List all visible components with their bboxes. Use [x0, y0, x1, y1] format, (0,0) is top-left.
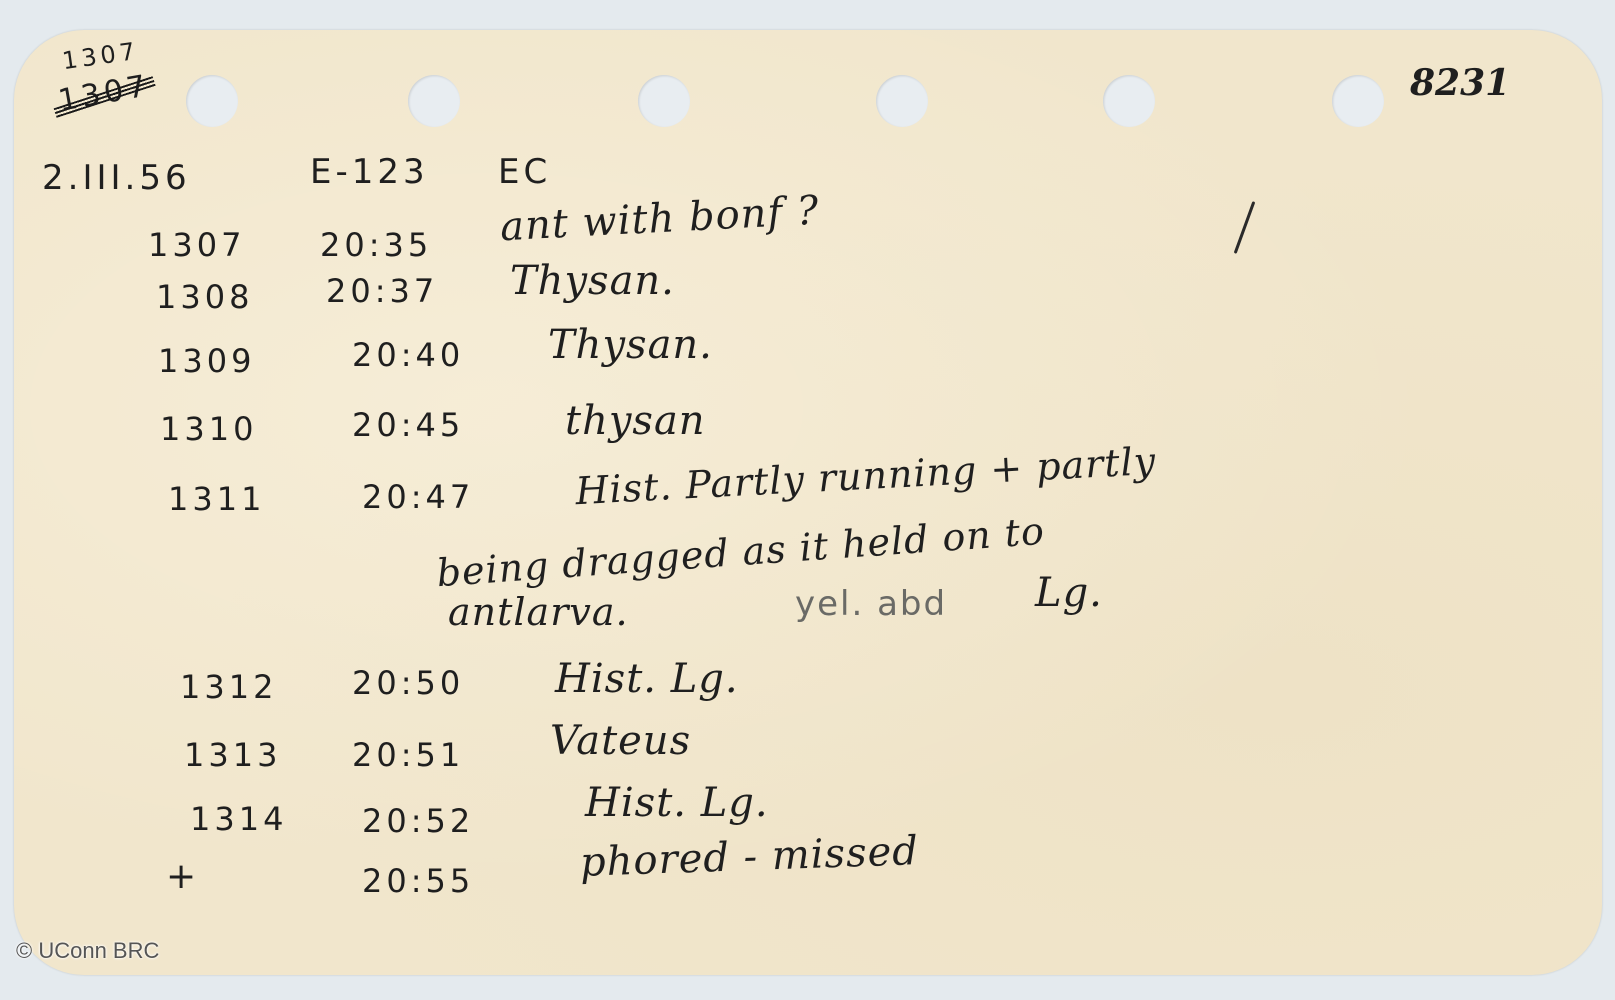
entry-note: Thysan.	[510, 258, 675, 304]
entry-note: Vateus	[550, 718, 691, 764]
entry-id: 1313	[184, 736, 281, 774]
collector-initials: EC	[498, 152, 551, 192]
entry-pencil-note: yel. abd	[795, 584, 947, 624]
entry-time: 20:45	[352, 406, 464, 444]
entry-time: 20:51	[352, 736, 464, 774]
punch-hole	[638, 75, 690, 127]
entry-time: 20:52	[362, 802, 474, 840]
entry-note: Hist. Lg.	[555, 656, 739, 702]
entry-note-line3: antlarva.	[448, 590, 629, 634]
entry-time: 20:37	[326, 272, 438, 310]
entry-time: 20:50	[352, 664, 464, 702]
entry-id: 1312	[180, 668, 277, 706]
entry-time: 20:55	[362, 862, 474, 900]
entry-id: +	[166, 856, 200, 897]
copyright-watermark: © UConn BRC	[16, 938, 159, 964]
entry-id: 1310	[160, 410, 257, 448]
punch-hole	[186, 75, 238, 127]
entry-id: 1309	[158, 342, 255, 380]
entry-id: 1311	[168, 480, 265, 518]
entry-time: 20:47	[362, 478, 474, 516]
entry-id: 1307	[148, 226, 245, 264]
entry-id: 1308	[156, 278, 253, 316]
entry-note-suffix: Lg.	[1035, 570, 1103, 616]
collection-date: 2.III.56	[42, 158, 191, 198]
entry-note: Thysan.	[548, 322, 713, 368]
collection-code: E-123	[310, 152, 429, 192]
punch-hole	[876, 75, 928, 127]
entry-note: thysan	[565, 398, 706, 444]
catalog-number: 8231	[1410, 62, 1510, 104]
punch-hole	[1332, 75, 1384, 127]
punch-hole	[1103, 75, 1155, 127]
entry-time: 20:35	[320, 226, 432, 264]
entry-time: 20:40	[352, 336, 464, 374]
entry-id: 1314	[190, 800, 287, 838]
entry-note: Hist. Lg.	[585, 780, 769, 826]
punch-hole	[408, 75, 460, 127]
